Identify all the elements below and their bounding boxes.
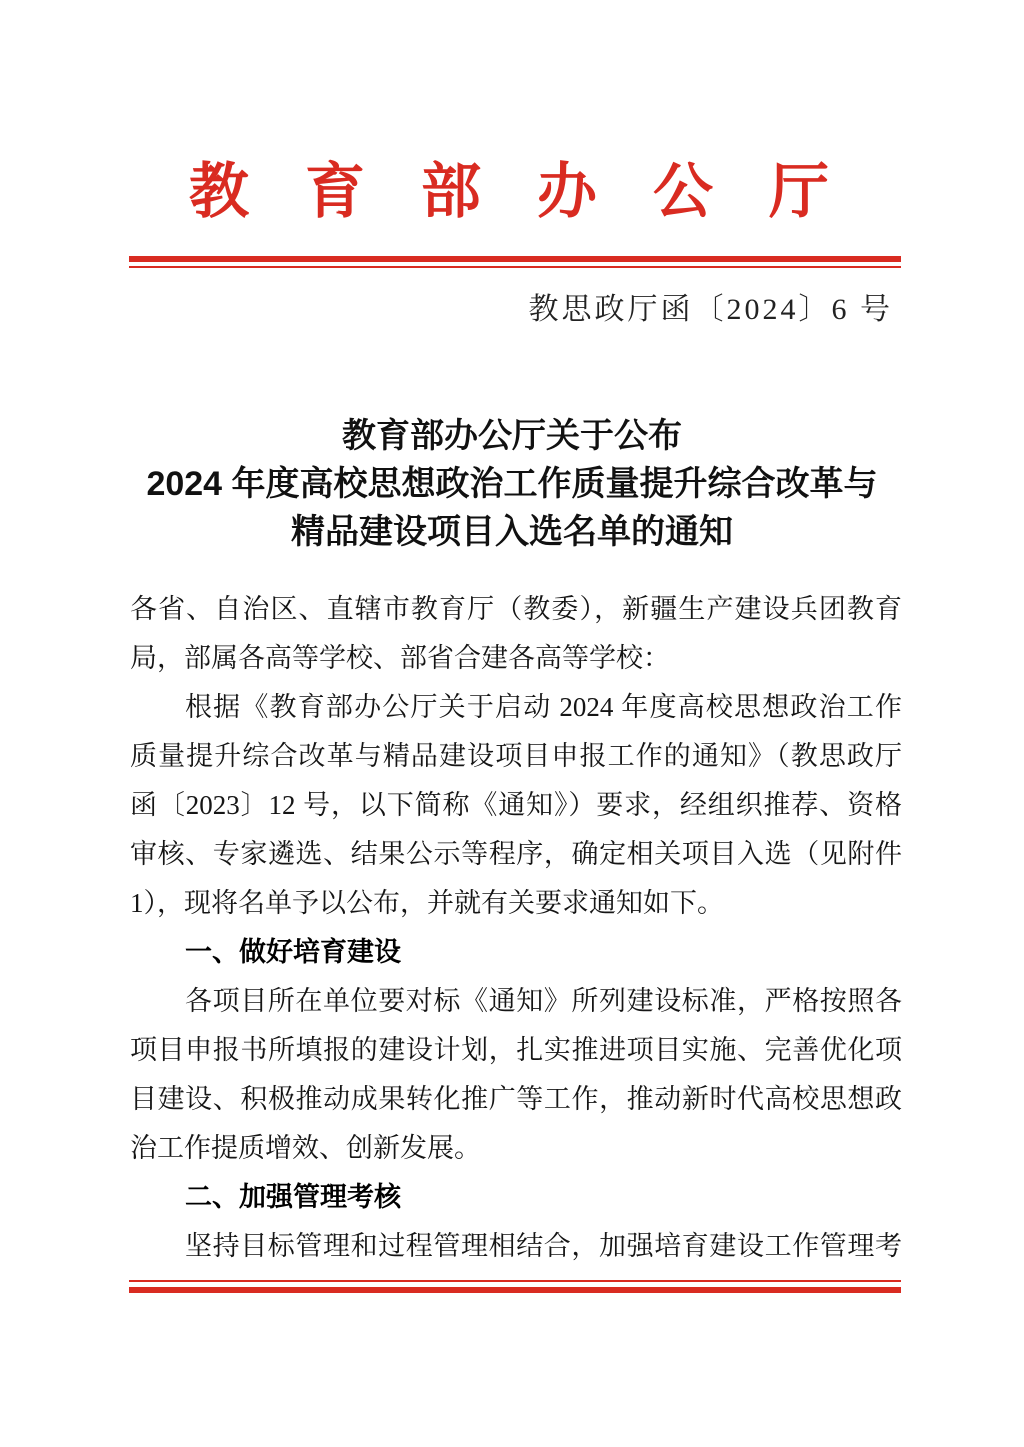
notice-title-line-2: 2024 年度高校思想政治工作质量提升综合改革与 [0, 460, 1024, 508]
intro-paragraph-line: 审核、专家遴选、结果公示等程序，确定相关项目入选（见附件 [130, 830, 902, 879]
section-2-line: 坚持目标管理和过程管理相结合，加强培育建设工作管理考 [130, 1222, 902, 1271]
intro-paragraph-line: 1），现将名单予以公布，并就有关要求通知如下。 [130, 879, 902, 928]
notice-title-line-3: 精品建设项目入选名单的通知 [0, 508, 1024, 556]
section-1-heading: 一、做好培育建设 [130, 928, 902, 977]
footer-rule-thick [129, 1287, 901, 1293]
section-1-line: 各项目所在单位要对标《通知》所列建设标准，严格按照各 [130, 977, 902, 1026]
section-1-line: 治工作提质增效、创新发展。 [130, 1124, 902, 1173]
intro-paragraph-line: 函〔2023〕12 号，以下简称《通知》）要求，经组织推荐、资格 [130, 781, 902, 830]
section-1-line: 项目申报书所填报的建设计划，扎实推进项目实施、完善优化项 [130, 1026, 902, 1075]
salutation-line: 各省、自治区、直辖市教育厅（教委），新疆生产建设兵团教育 [130, 585, 902, 634]
agency-header-title: 教育部办公厅 [0, 156, 1024, 228]
salutation-line: 局，部属各高等学校、部省合建各高等学校： [130, 634, 902, 683]
document-number: 教思政厅函〔2024〕6 号 [129, 293, 893, 327]
notice-body: 各省、自治区、直辖市教育厅（教委），新疆生产建设兵团教育 局，部属各高等学校、部… [130, 585, 902, 1271]
intro-paragraph-line: 质量提升综合改革与精品建设项目申报工作的通知》（教思政厅 [130, 732, 902, 781]
section-1-line: 目建设、积极推动成果转化推广等工作，推动新时代高校思想政 [130, 1075, 902, 1124]
document-page: 教育部办公厅 教思政厅函〔2024〕6 号 教育部办公厅关于公布 2024 年度… [0, 0, 1024, 1447]
section-2-heading: 二、加强管理考核 [130, 1173, 902, 1222]
intro-paragraph-line: 根据《教育部办公厅关于启动 2024 年度高校思想政治工作 [130, 683, 902, 732]
header-rule-thin [129, 266, 901, 268]
notice-title: 教育部办公厅关于公布 2024 年度高校思想政治工作质量提升综合改革与 精品建设… [0, 412, 1024, 556]
notice-title-line-1: 教育部办公厅关于公布 [0, 412, 1024, 460]
footer-rule-thin [129, 1280, 901, 1282]
header-rule-thick [129, 256, 901, 262]
